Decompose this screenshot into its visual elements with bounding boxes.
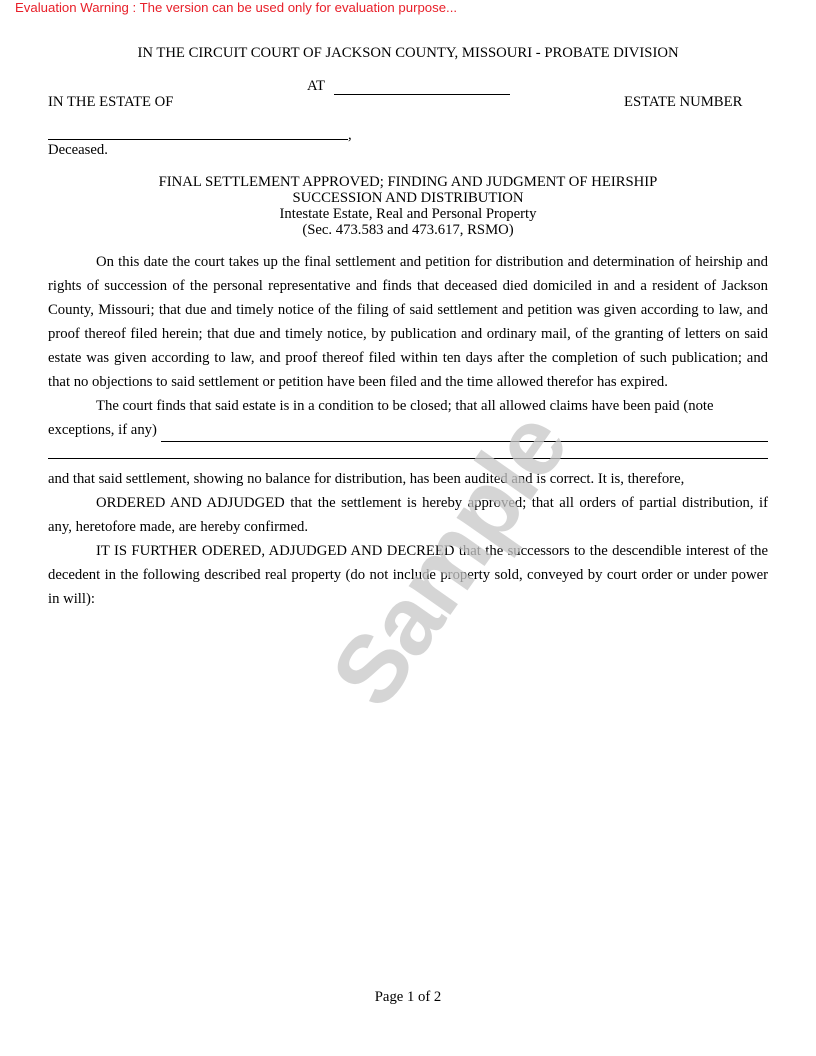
title-line-3: Intestate Estate, Real and Personal Prop… [0, 206, 816, 222]
page-number: Page 1 of 2 [0, 989, 816, 1006]
at-label: AT [307, 78, 325, 95]
at-blank-field[interactable] [334, 94, 510, 95]
paragraph-findings: On this date the court takes up the fina… [48, 250, 768, 394]
title-line-4: (Sec. 473.583 and 473.617, RSMO) [0, 222, 816, 238]
decedent-name-field[interactable] [48, 139, 348, 140]
document-title: FINAL SETTLEMENT APPROVED; FINDING AND J… [0, 174, 816, 238]
estate-of-label: IN THE ESTATE OF [48, 94, 173, 111]
title-line-2: SUCCESSION AND DISTRIBUTION [0, 190, 816, 206]
exceptions-row: exceptions, if any) [48, 418, 768, 442]
paragraph-ordered: ORDERED AND ADJUDGED that the settlement… [48, 491, 768, 539]
estate-number-label: ESTATE NUMBER [624, 94, 742, 111]
exceptions-field[interactable] [161, 424, 768, 442]
paragraph-decreed: IT IS FURTHER ODERED, ADJUDGED AND DECRE… [48, 539, 768, 611]
decedent-comma: , [348, 127, 352, 144]
deceased-label: Deceased. [48, 142, 108, 159]
title-line-1: FINAL SETTLEMENT APPROVED; FINDING AND J… [0, 174, 816, 190]
document-body: On this date the court takes up the fina… [48, 250, 768, 611]
exceptions-label: exceptions, if any) [48, 418, 157, 442]
court-heading: IN THE CIRCUIT COURT OF JACKSON COUNTY, … [0, 45, 816, 62]
paragraph-audited: and that said settlement, showing no bal… [48, 467, 768, 491]
paragraph-condition: The court finds that said estate is in a… [48, 394, 768, 418]
evaluation-warning: Evaluation Warning : The version can be … [15, 0, 457, 15]
exceptions-field-continued[interactable] [48, 442, 768, 459]
